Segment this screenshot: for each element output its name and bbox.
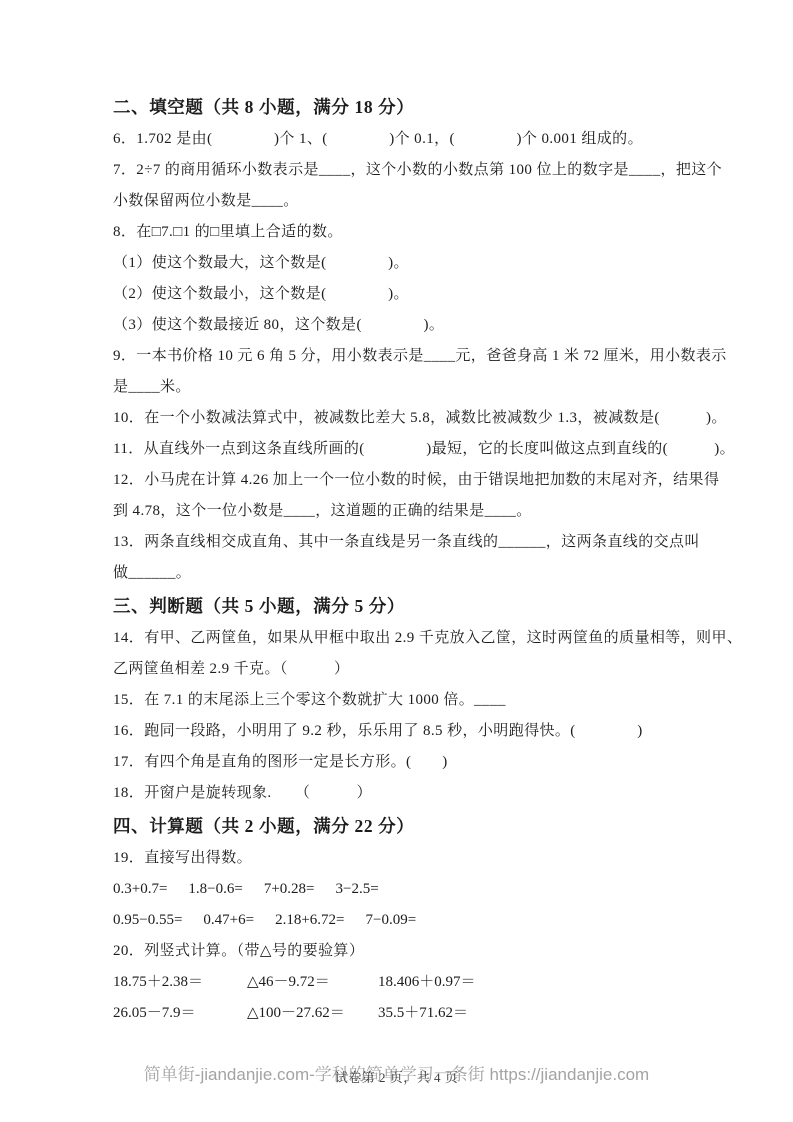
equation: 35.5＋71.62＝ xyxy=(378,998,468,1029)
question-12-line-2: 到 4.78，这个一位小数是____，这道题的正确的结果是____。 xyxy=(113,496,695,527)
equation: 2.18+6.72= xyxy=(275,905,344,936)
question-20-label: 20．列竖式计算。（带△号的要验算） xyxy=(113,936,695,967)
page-number: 试卷第 2 页，共 4 页 xyxy=(335,1067,459,1086)
page-footer: 简单街-jiandanjie.com-学科的简单学习一条街 https://ji… xyxy=(0,1052,793,1102)
equation: 3−2.5= xyxy=(336,874,379,905)
equation: 7+0.28= xyxy=(264,874,315,905)
question-13-line-1: 13．两条直线相交成直角、其中一条直线是另一条直线的______，这两条直线的交… xyxy=(113,527,695,558)
equation: 0.3+0.7= xyxy=(113,874,167,905)
question-19-label: 19．直接写出得数。 xyxy=(113,843,695,874)
question-19-row-2: 0.95−0.55= 0.47+6= 2.18+6.72= 7−0.09= xyxy=(113,905,695,936)
equation: 18.75＋2.38＝ xyxy=(113,967,247,998)
section-title-fill-in: 二、填空题（共 8 小题，满分 18 分） xyxy=(113,90,695,124)
question-8-sub-1: （1）使这个数最大，这个数是( )。 xyxy=(113,248,695,279)
question-16: 16．跑同一段路，小明用了 9.2 秒，乐乐用了 8.5 秒，小明跑得快。( ) xyxy=(113,716,695,747)
equation: 0.47+6= xyxy=(203,905,254,936)
question-12-line-1: 12．小马虎在计算 4.26 加上一个一位小数的时候，由于错误地把加数的末尾对齐… xyxy=(113,465,695,496)
question-20-row-2: 26.05－7.9＝ △100－27.62＝ 35.5＋71.62＝ xyxy=(113,998,695,1029)
equation: 1.8−0.6= xyxy=(188,874,242,905)
exam-page: 二、填空题（共 8 小题，满分 18 分） 6．1.702 是由( )个 1、(… xyxy=(0,0,793,1122)
question-8-sub-2: （2）使这个数最小，这个数是( )。 xyxy=(113,279,695,310)
question-6: 6．1.702 是由( )个 1、( )个 0.1，( )个 0.001 组成的… xyxy=(113,124,695,155)
question-9-line-1: 9．一本书价格 10 元 6 角 5 分，用小数表示是____元，爸爸身高 1 … xyxy=(113,341,695,372)
question-9-line-2: 是____米。 xyxy=(113,372,695,403)
question-19-row-1: 0.3+0.7= 1.8−0.6= 7+0.28= 3−2.5= xyxy=(113,874,695,905)
question-15: 15．在 7.1 的末尾添上三个零这个数就扩大 1000 倍。____ xyxy=(113,685,695,716)
equation: 7−0.09= xyxy=(366,905,417,936)
question-7-line-1: 7．2÷7 的商用循环小数表示是____，这个小数的小数点第 100 位上的数字… xyxy=(113,155,695,186)
equation: 26.05－7.9＝ xyxy=(113,998,247,1029)
question-18: 18．开窗户是旋转现象. （ ） xyxy=(113,778,695,809)
equation: △46－9.72＝ xyxy=(247,967,378,998)
exam-content: 二、填空题（共 8 小题，满分 18 分） 6．1.702 是由( )个 1、(… xyxy=(113,90,695,1029)
question-20-row-1: 18.75＋2.38＝ △46－9.72＝ 18.406＋0.97＝ xyxy=(113,967,695,998)
section-title-judge: 三、判断题（共 5 小题，满分 5 分） xyxy=(113,589,695,623)
question-8: 8．在□7.□1 的□里填上合适的数。 xyxy=(113,217,695,248)
question-14-line-2: 乙两筐鱼相差 2.9 千克。（ ） xyxy=(113,654,695,685)
question-17: 17．有四个角是直角的图形一定是长方形。( ) xyxy=(113,747,695,778)
question-7-line-2: 小数保留两位小数是____。 xyxy=(113,186,695,217)
question-10: 10．在一个小数减法算式中，被减数比差大 5.8，减数比被减数少 1.3，被减数… xyxy=(113,403,695,434)
section-title-calc: 四、计算题（共 2 小题，满分 22 分） xyxy=(113,809,695,843)
question-11: 11．从直线外一点到这条直线所画的( )最短，它的长度叫做这点到直线的( )。 xyxy=(113,434,695,465)
question-13-line-2: 做______。 xyxy=(113,558,695,589)
question-14-line-1: 14．有甲、乙两筐鱼，如果从甲框中取出 2.9 千克放入乙筐，这时两筐鱼的质量相… xyxy=(113,623,695,654)
equation: △100－27.62＝ xyxy=(247,998,378,1029)
equation: 0.95−0.55= xyxy=(113,905,182,936)
question-8-sub-3: （3）使这个数最接近 80，这个数是( )。 xyxy=(113,310,695,341)
equation: 18.406＋0.97＝ xyxy=(378,967,476,998)
